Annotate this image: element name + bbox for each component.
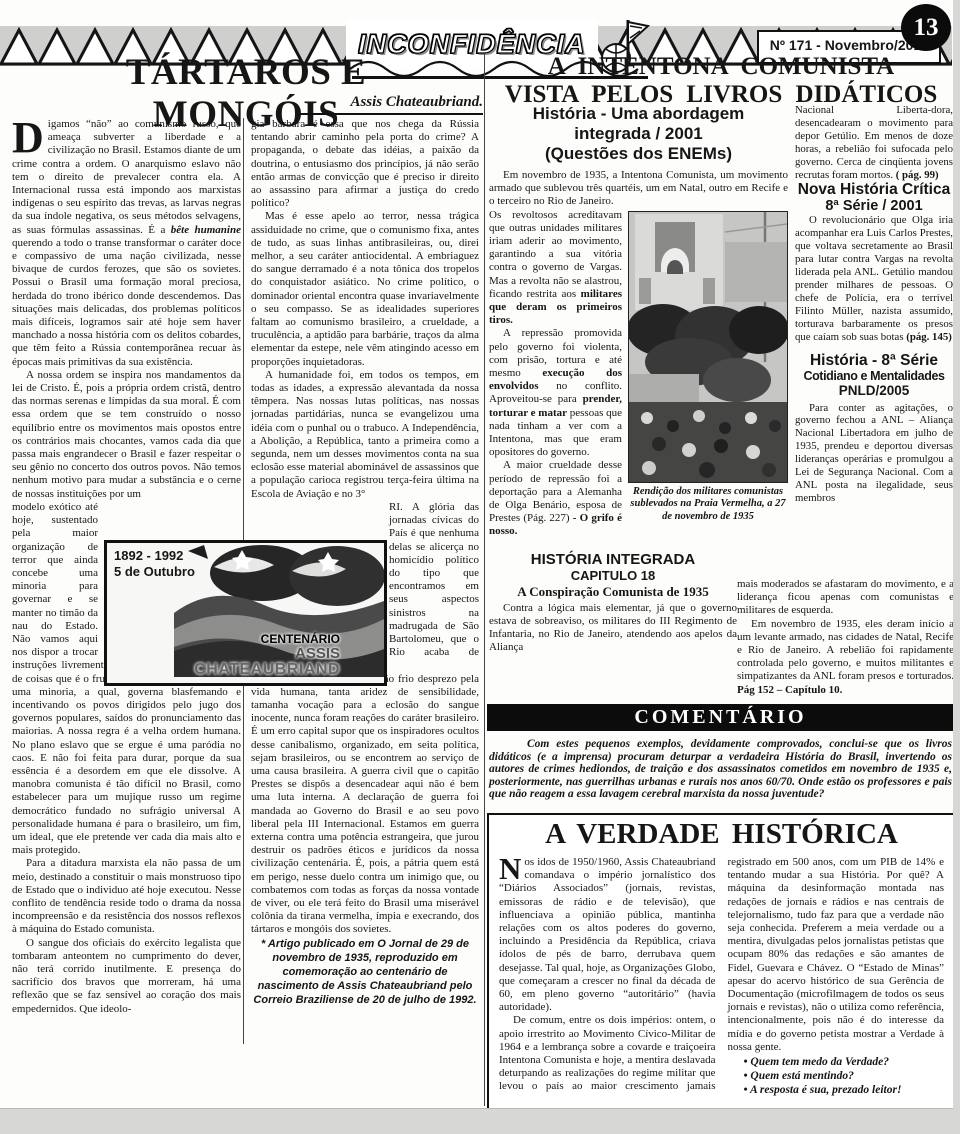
drop-cap: D	[12, 118, 48, 156]
paragraph: gia bárbara é essa que nos chega da Rúss…	[251, 118, 479, 210]
book3-title-line2: Cotidiano e Mentalidades	[795, 369, 953, 383]
verdade-title: A VERDADE HISTÓRICA	[489, 818, 954, 851]
paragraph: Para conter as agitações, o governo fech…	[795, 402, 953, 505]
closing-question: Quem está mentindo?	[744, 1070, 945, 1084]
historia-integrada-block: HISTÓRIA INTEGRADA CAPITULO 18 A Conspir…	[489, 539, 737, 655]
paragraph: Mas é esse apelo ao terror, nessa trágic…	[251, 210, 479, 368]
paragraph: Nos idos de 1950/1960, Assis Chateaubria…	[499, 856, 716, 1014]
paragraph: A humanidade foi, em todos os tempos, em…	[251, 369, 479, 501]
stamp-labels: CENTENÁRIO ASSIS CHATEAUBRIAND	[194, 633, 340, 678]
verdade-historica-box: A VERDADE HISTÓRICA Nos idos de 1950/196…	[487, 813, 956, 1121]
photo-caption: Rendição dos militares comunistas sublev…	[628, 486, 788, 524]
right-headline: A INTENTONA COMUNISTA VISTA PELOS LIVROS…	[489, 53, 953, 109]
paragraph: O sangue dos oficiais do exército legali…	[12, 937, 241, 1016]
paragraph: Digamos “não” ao comunismo russo, que am…	[12, 118, 241, 369]
right-headline-line1: A INTENTONA COMUNISTA	[489, 53, 953, 81]
paragraph: Não. Tanta perversidade, tão frio despre…	[251, 673, 479, 937]
article-byline: Assis Chateaubriand.	[300, 94, 483, 115]
book2-heading: Nova História Crítica 8ª Série / 2001	[795, 181, 953, 214]
newspaper-page: INCONFIDÊNCIA Nº 171 - Novembro/2011 13 …	[0, 0, 960, 1134]
photo-figure: Rendição dos militares comunistas sublev…	[628, 211, 788, 524]
book3-title-line1: História - 8ª Série	[795, 352, 953, 369]
paragraph: mais moderados se afastaram do movimento…	[737, 578, 954, 618]
verdade-body: Nos idos de 1950/1960, Assis Chateaubria…	[499, 856, 944, 1112]
bold-page-ref: ( pág. 99)	[896, 169, 939, 181]
paragraph: O revolucionário que Olga iria acompanha…	[795, 214, 953, 343]
scan-edge-bottom	[0, 1108, 960, 1134]
page-number-badge: 13	[901, 4, 951, 51]
historia-integrada-subtitle: A Conspiração Comunista de 1935	[489, 584, 737, 600]
paragraph: Em novembro de 1935, eles deram início a…	[737, 618, 954, 697]
book2-title-line1: Nova História Crítica	[795, 181, 953, 198]
didactic-column-b-wide: mais moderados se afastaram do movimento…	[737, 578, 954, 701]
section-divider-rule	[484, 54, 485, 1106]
comentario-body: Com estes pequenos exemplos, devidamente…	[489, 738, 952, 801]
paragraph: Para a ditadura marxista ela não passa d…	[12, 857, 241, 936]
surrender-photo	[628, 211, 788, 483]
article-footnote: * Artigo publicado em O Jornal de 29 de …	[251, 937, 479, 1007]
closing-question: A resposta é sua, prezado leitor!	[744, 1084, 945, 1098]
paragraph: Nacional Liberta-dora, desencadearam o m…	[795, 104, 953, 181]
paragraph-text: querendo a todo o transe transformar o c…	[12, 237, 241, 368]
bold-page-ref: Pág 152 – Capítulo 10.	[737, 684, 842, 696]
paragraph: A nossa ordem se inspira nos mandamentos…	[12, 369, 241, 501]
paragraph-text: O revolucionário que Olga iria acompanha…	[795, 214, 953, 342]
closing-question: Quem tem medo da Verdade?	[744, 1056, 945, 1070]
paragraph-text: Em novembro de 1935, eles deram início a…	[737, 618, 954, 683]
stamp-label-chateaubriand: CHATEAUBRIAND	[194, 661, 340, 678]
centenary-stamp: 1892 - 1992 5 de Outubro CENTENÁRIO ASSI…	[104, 540, 387, 686]
comentario-banner: COMENTÁRIO	[487, 704, 954, 731]
paragraph-text: os idos de 1950/1960, Assis Chateaubrian…	[499, 856, 716, 1013]
paragraph-text: Os revoltosos acreditavam que outras uni…	[489, 209, 622, 300]
stamp-label-assis: ASSIS	[194, 646, 340, 661]
bold-page-ref: (pág. 145)	[906, 331, 952, 343]
book3-title-line3: PNLD/2005	[795, 383, 953, 398]
paragraph: Em novembro de 1935, a Intentona Comunis…	[489, 169, 788, 209]
didactic-column-b: Nacional Liberta-dora, desencadearam o m…	[795, 104, 953, 578]
drop-cap: N	[499, 856, 524, 882]
historia-integrada-chapter: CAPITULO 18	[489, 568, 737, 583]
book2-title-line2: 8ª Série / 2001	[795, 198, 953, 214]
scan-edge-right	[953, 0, 960, 1134]
book1-heading: História - Uma abordagem integrada / 200…	[489, 104, 788, 164]
stamp-years: 1892 - 1992	[114, 548, 183, 563]
stamp-date: 5 de Outubro	[114, 564, 195, 579]
closing-questions: Quem tem medo da Verdade? Quem está ment…	[744, 1056, 945, 1097]
book3-heading: História - 8ª Série Cotidiano e Mentalid…	[795, 352, 953, 398]
italic-phrase: bête humanine	[171, 224, 241, 236]
paragraph: Contra a lógica mais elementar, já que o…	[489, 602, 737, 655]
historia-integrada-title: HISTÓRIA INTEGRADA	[489, 551, 737, 568]
